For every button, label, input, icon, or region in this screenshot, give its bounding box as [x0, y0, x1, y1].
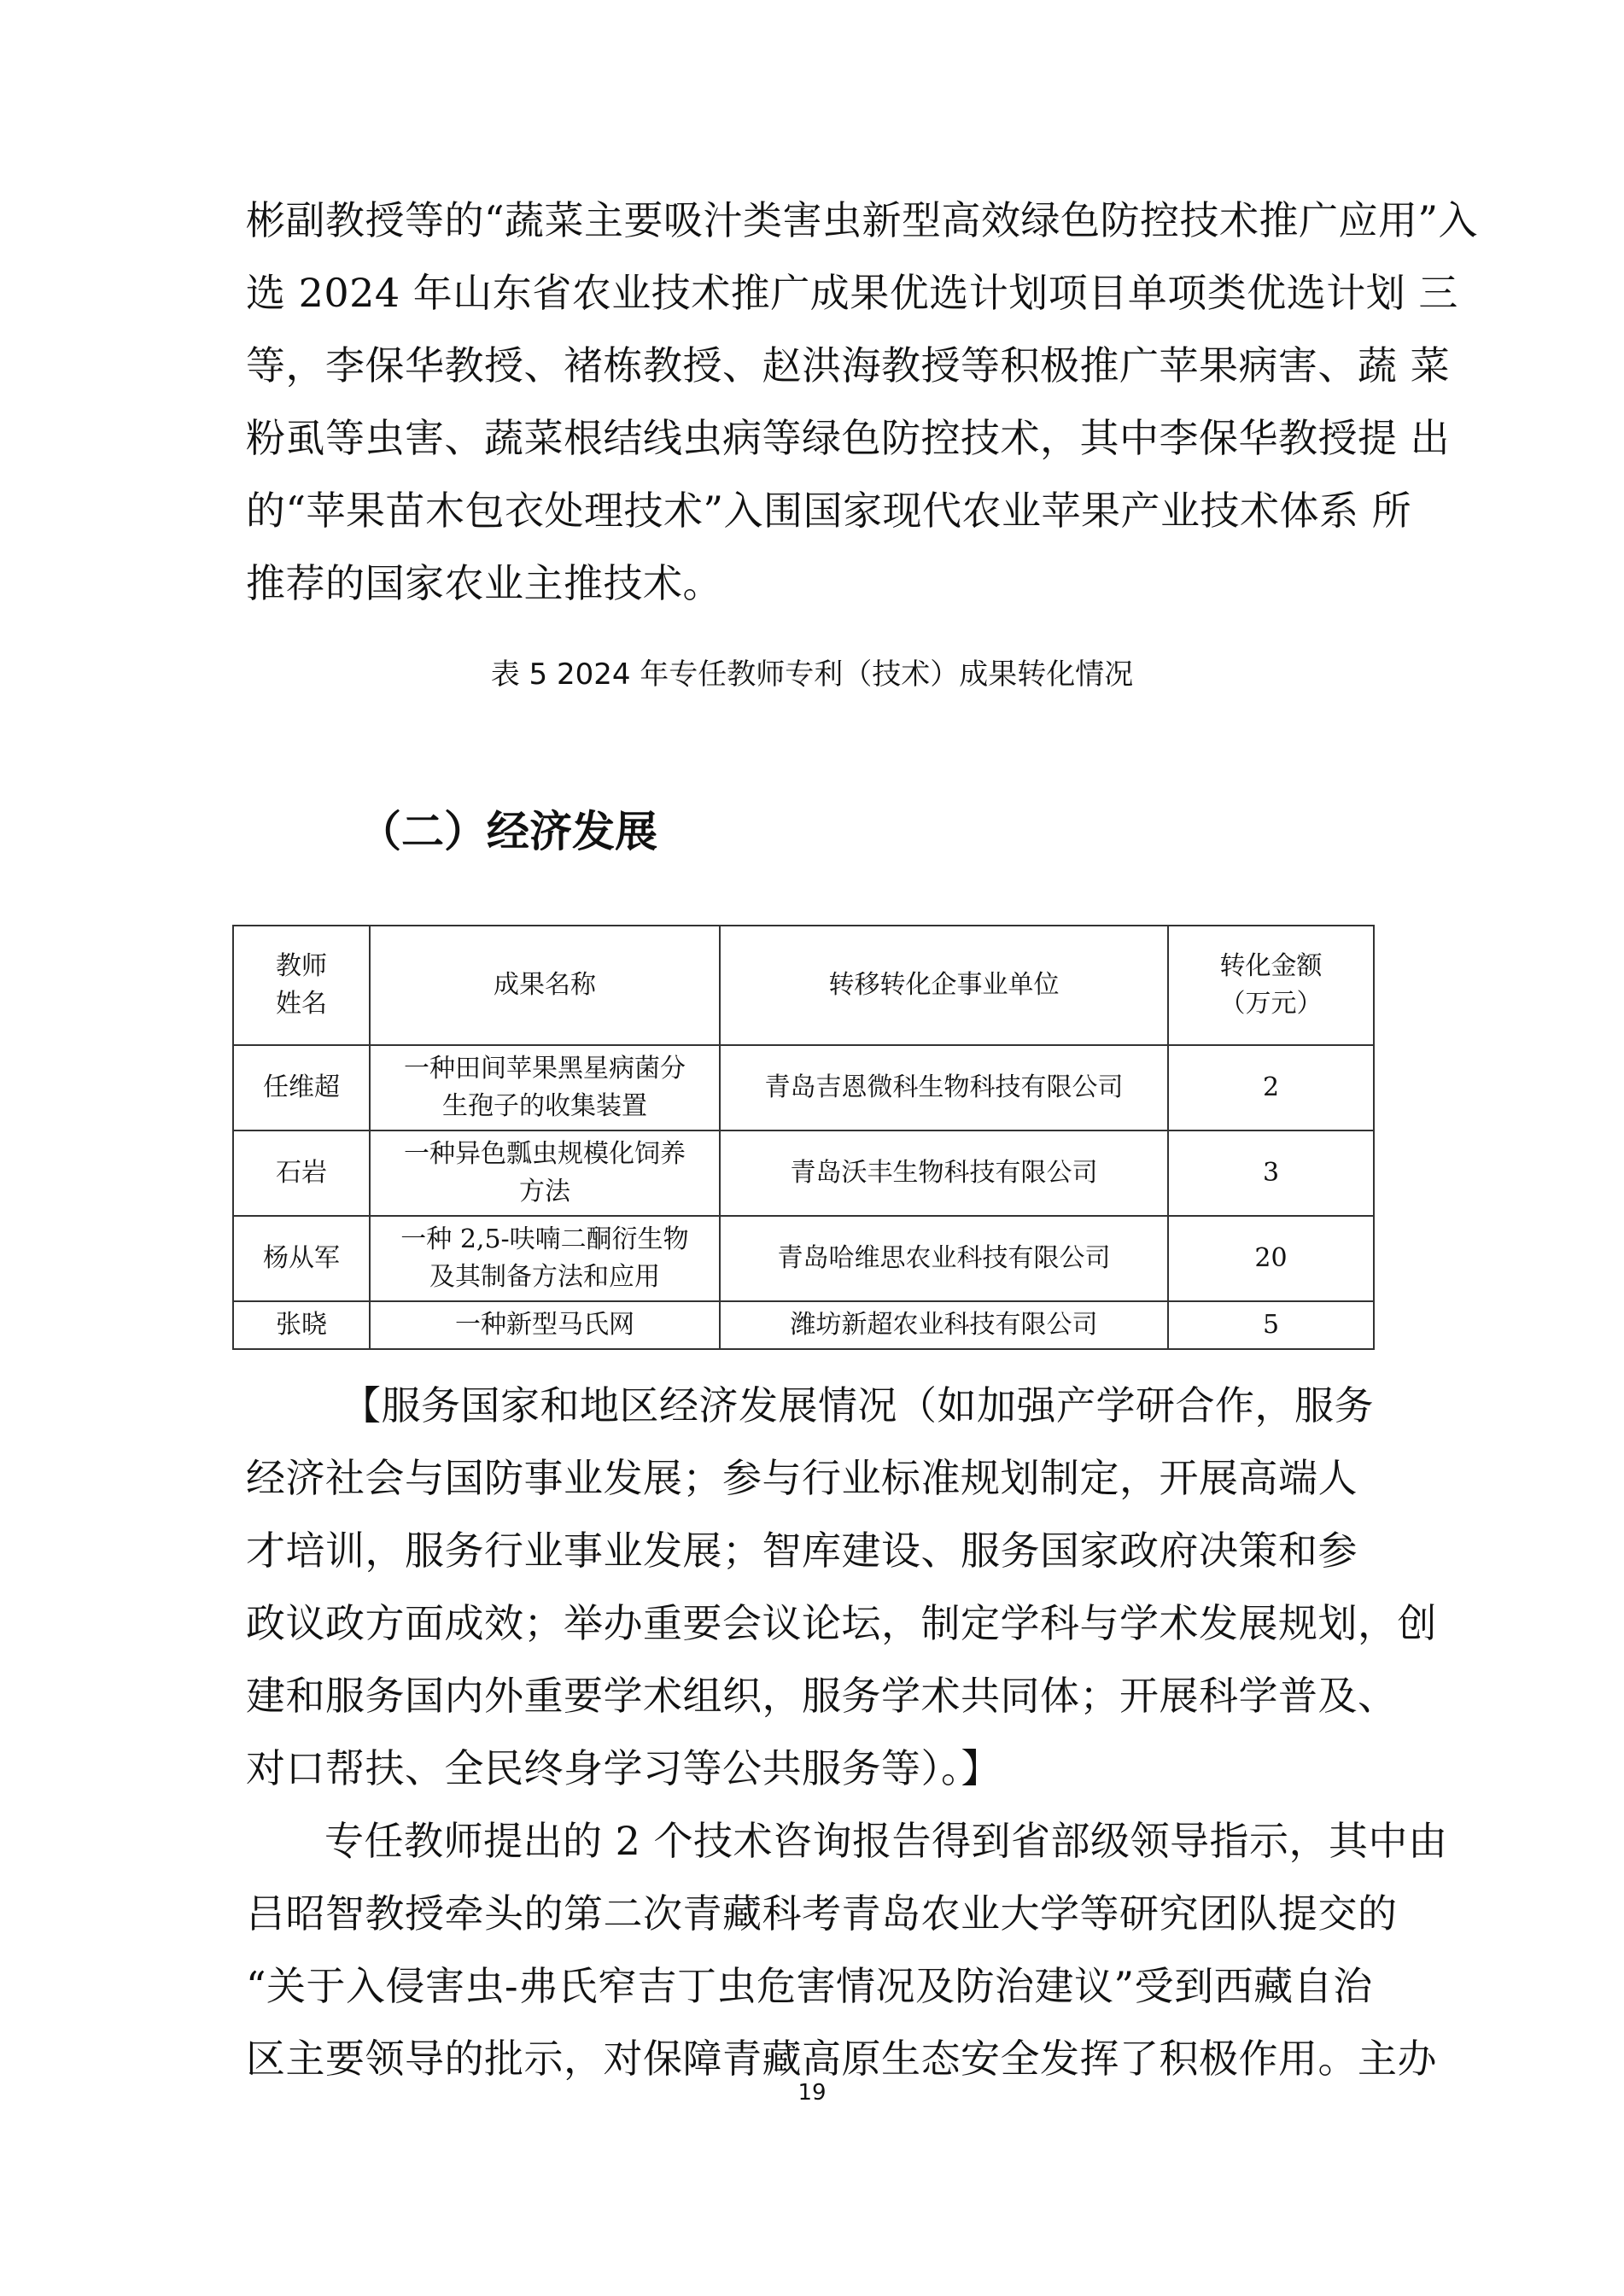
cell-achievement: 一种异色瓢虫规模化饲养 方法 — [370, 1130, 720, 1216]
cell-amount: 3 — [1168, 1130, 1374, 1216]
paragraph-line: 彬副教授等的“蔬菜主要吸汁类害虫新型高效绿色防控技术推广应用”入 — [246, 195, 1478, 246]
cell-amount: 20 — [1168, 1216, 1374, 1301]
cell-amount: 2 — [1168, 1045, 1374, 1130]
cell-teacher: 张晓 — [233, 1301, 370, 1349]
paragraph-line: 粉虱等虫害、蔬菜根结线虫病等绿色防控技术，其中李保华教授提 出 — [246, 412, 1450, 464]
paragraph-line: 选 2024 年山东省农业技术推广成果优选计划项目单项类优选计划 三 — [246, 267, 1458, 318]
paragraph-line: 等，李保华教授、褚栋教授、赵洪海教授等积极推广苹果病害、蔬 菜 — [246, 340, 1450, 391]
section-heading: （二）经济发展 — [359, 804, 657, 859]
table-row: 张晓 一种新型马氏网 潍坊新超农业科技有限公司 5 — [233, 1301, 1374, 1349]
header-achievement-name: 成果名称 — [370, 926, 720, 1045]
cell-amount: 5 — [1168, 1301, 1374, 1349]
cell-achievement: 一种田间苹果黑星病菌分 生孢子的收集装置 — [370, 1045, 720, 1130]
cell-achievement: 一种新型马氏网 — [370, 1301, 720, 1349]
guidance-line: 【服务国家和地区经济发展情况（如加强产学研合作，服务 — [342, 1380, 1374, 1431]
paragraph-line: 吕昭智教授牵头的第二次青藏科考青岛农业大学等研究团队提交的 — [246, 1888, 1398, 1939]
table-row: 杨从军 一种 2,5-呋喃二酮衍生物 及其制备方法和应用 青岛哈维思农业科技有限… — [233, 1216, 1374, 1301]
cell-teacher: 杨从军 — [233, 1216, 370, 1301]
table-row: 任维超 一种田间苹果黑星病菌分 生孢子的收集装置 青岛吉恩微科生物科技有限公司 … — [233, 1045, 1374, 1130]
document-page: 彬副教授等的“蔬菜主要吸汁类害虫新型高效绿色防控技术推广应用”入 选 2024 … — [0, 0, 1624, 2296]
guidance-line: 建和服务国内外重要学术组织，服务学术共同体；开展科学普及、 — [246, 1670, 1398, 1721]
patent-transfer-table: 教师 姓名 成果名称 转移转化企事业单位 转化金额 （万元） 任维超 一 — [232, 925, 1375, 1350]
table-caption: 表 5 2024 年专任教师专利（技术）成果转化情况 — [0, 656, 1624, 693]
paragraph-line: “关于入侵害虫-弗氏窄吉丁虫危害情况及防治建议”受到西藏自治 — [246, 1960, 1373, 2012]
paragraph-line: 推荐的国家农业主推技术。 — [246, 558, 722, 609]
paragraph-line: 专任教师提出的 2 个技术咨询报告得到省部级领导指示，其中由 — [324, 1815, 1448, 1867]
guidance-line: 对口帮扶、全民终身学习等公共服务等）。】 — [246, 1743, 1001, 1794]
guidance-line: 经济社会与国防事业发展；参与行业标准规划制定，开展高端人 — [246, 1452, 1358, 1504]
header-transfer-company: 转移转化企事业单位 — [720, 926, 1168, 1045]
paragraph-line: 的“苹果苗木包衣处理技术”入围国家现代农业苹果产业技术体系 所 — [246, 485, 1411, 536]
header-transfer-amount: 转化金额 （万元） — [1168, 926, 1374, 1045]
cell-achievement: 一种 2,5-呋喃二酮衍生物 及其制备方法和应用 — [370, 1216, 720, 1301]
header-teacher-name: 教师 姓名 — [233, 926, 370, 1045]
cell-teacher: 任维超 — [233, 1045, 370, 1130]
cell-company: 青岛沃丰生物科技有限公司 — [720, 1130, 1168, 1216]
page-number: 19 — [0, 2079, 1624, 2106]
paragraph-line: 区主要领导的批示，对保障青藏高原生态安全发挥了积极作用。主办 — [246, 2033, 1437, 2084]
guidance-line: 才培训，服务行业事业发展；智库建设、服务国家政府决策和参 — [246, 1525, 1358, 1576]
table-header-row: 教师 姓名 成果名称 转移转化企事业单位 转化金额 （万元） — [233, 926, 1374, 1045]
cell-company: 潍坊新超农业科技有限公司 — [720, 1301, 1168, 1349]
table-row: 石岩 一种异色瓢虫规模化饲养 方法 青岛沃丰生物科技有限公司 3 — [233, 1130, 1374, 1216]
cell-company: 青岛吉恩微科生物科技有限公司 — [720, 1045, 1168, 1130]
cell-teacher: 石岩 — [233, 1130, 370, 1216]
cell-company: 青岛哈维思农业科技有限公司 — [720, 1216, 1168, 1301]
guidance-line: 政议政方面成效；举办重要会议论坛，制定学科与学术发展规划，创 — [246, 1598, 1437, 1649]
